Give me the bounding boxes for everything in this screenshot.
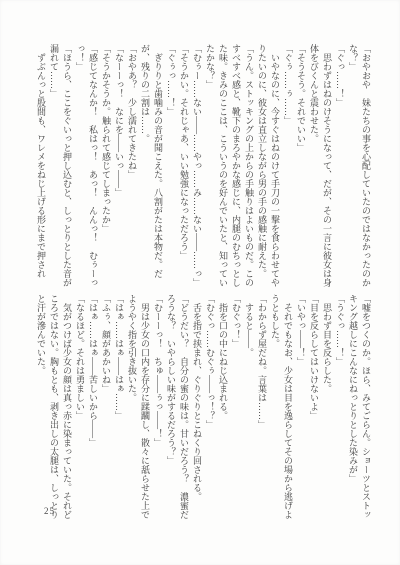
paragraph: 「むぅー……ない――……やっ……み……ない――……っ」 <box>190 44 203 288</box>
paragraph: 「むぐっ……むぐぅ――っ！？」 <box>203 294 216 526</box>
paragraph: 「はぁ……はぁ――苦しいから――」 <box>86 294 99 526</box>
paragraph: 「嘘をつくのか。ほら、みてごらん。ショーツとストッキング越しにこんなにねっとりと… <box>346 294 372 526</box>
paragraph: 「いやっ――！」 <box>294 294 307 526</box>
page-number: 25 <box>44 506 55 516</box>
paragraph: 「そうかい。それじゃあ、いい勉強になっただろう」 <box>177 44 190 288</box>
paragraph: 「そうそう。それでいい」 <box>294 44 307 288</box>
paragraph: 「なるほど。それは勇ましい」 <box>73 294 86 526</box>
book-page: 「おやおや 妹たちの事を心配していたのではなかったのかな？」「ぐっ……！」 思わ… <box>0 0 400 565</box>
text-tier-top: 「おやおや 妹たちの事を心配していたのではなかったのかな？」「ぐっ……！」 思わ… <box>36 44 372 288</box>
paragraph: 男は少女の口内を存分に蹂躙し、散々に舐らせた上でようやく指を引き抜いた。 <box>125 294 151 526</box>
paragraph: 舌を指で挟まれ、ぐりぐりとこねくり回される。 <box>190 294 203 526</box>
paragraph: 「そうかそうか。触られて感じてしまったか」 <box>99 44 112 288</box>
paragraph: 「ぐぅっ……！」 <box>164 44 177 288</box>
paragraph: 「うぐっ……！」 <box>333 294 346 526</box>
paragraph: いやなのに、今すぐはねのけて手刀の一撃を食らわせてやりたいのに、彼女は直立しなが… <box>255 44 281 288</box>
paragraph: 「ぐぅ……ぅ……」 <box>281 44 294 288</box>
paragraph: 「ぐっ……！」 <box>333 44 346 288</box>
paragraph: 「感じてなんか！ 私はっ！ あっ！ んんっ！ むぅーっっ！」 <box>73 44 99 288</box>
paragraph: 思わず目を反らした。 <box>320 294 333 526</box>
paragraph: 指を口の中にねじ込まれる。 <box>216 294 229 526</box>
paragraph: すると――。 <box>242 294 255 526</box>
paragraph: 気がつけば少女の顔は真っ赤に染まっていた。それどころではない。胸もとも、剥き出し… <box>36 294 73 526</box>
paragraph: 「うん。ストッキングの上からの手触りはよいものだ。このすべすべ感と、靴下のまろや… <box>203 44 255 288</box>
paragraph: ぎりりと歯噛みの音が聞こえた。八割がたは本物だ。だが、残りの二割は……。 <box>138 44 164 288</box>
paragraph: 「おやあ？ 少し濡れてきたね」 <box>125 44 138 288</box>
paragraph: 「目を反らしてはいけないよ」 <box>307 294 320 526</box>
paragraph: 「おやおや 妹たちの事を心配していたのではなかったのかな？」 <box>346 44 372 288</box>
paragraph: 思わずはねのけそうになって、だが、その一言に彼女は身体をびくんと震わせた。 <box>307 44 333 288</box>
paragraph: ずぶんっと股間も、ワレメをねじ上げる形にまで押されて、ぞくぞくと背中が、腰が、全… <box>36 44 47 288</box>
paragraph: 「むぐっ！」 <box>229 294 242 526</box>
paragraph: 「ほうら、ここをぐいっと押し込むと、しっとりとした音が漏れて……」 <box>47 44 73 288</box>
paragraph: 「はぁ……はぁ――はぁ……」 <box>112 294 125 526</box>
paragraph: 「ふぅ、顔があかいね」 <box>99 294 112 526</box>
text-tier-bottom: 「嘘をつくのか。ほら、みてごらん。ショーツとストッキング越しにこんなにねっとりと… <box>36 294 372 526</box>
paragraph: それでもなお、少女は目を逸らしてその場から逃げようともした。 <box>268 294 294 526</box>
paragraph: 「どうだい？ 自分の蜜の味は。甘いだろう？ 濃蜜だろうな？ いやらしい味がするだ… <box>164 294 190 526</box>
paragraph: 「なーーっ！ なにを――いっ――」 <box>112 44 125 288</box>
paragraph: 「むーーっ！ ちゅ――ぅっ――！」 <box>151 294 164 526</box>
paragraph: 「わからず屋だね。言葉は……」 <box>255 294 268 526</box>
